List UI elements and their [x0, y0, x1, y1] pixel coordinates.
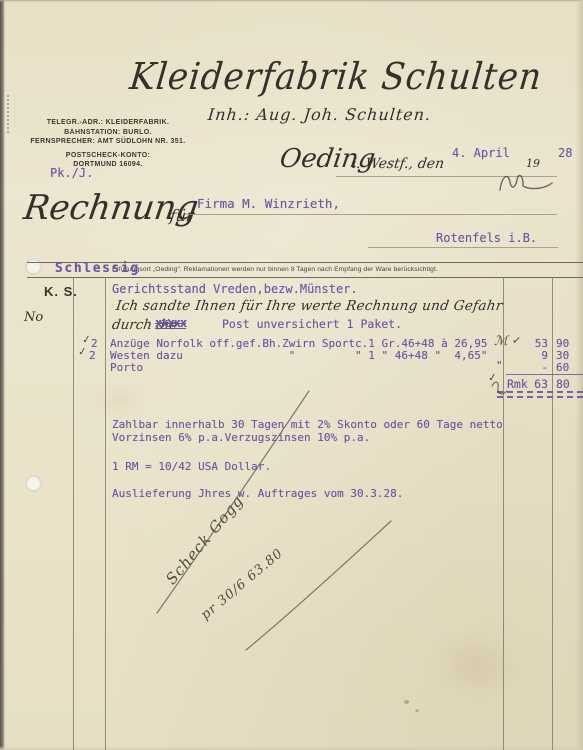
struck-word: xxxxx: [155, 316, 186, 330]
scan-edge-right: [575, 0, 583, 750]
check-icon: ✓: [487, 370, 498, 384]
date-typed: 4. April: [452, 146, 510, 160]
company-name: Kleiderfabrik Schulten: [128, 55, 544, 98]
paper-speck: [415, 709, 419, 712]
hole-punch-bottom: [25, 475, 42, 492]
total-pf: 80: [556, 377, 570, 391]
rail-station: BAHNSTATION: BURLO.: [28, 128, 188, 138]
customer-name: Firma M. Winzrieth,: [197, 196, 340, 211]
item-qty: 2: [89, 349, 96, 362]
total-mark: 63: [505, 377, 548, 391]
proprietor-line: Inh.: Aug. Joh. Schulten.: [207, 105, 432, 124]
handwritten-note-line2: pr 30/6 63.80: [198, 546, 286, 623]
telephone: FERNSPRECHER: AMT SÜDLOHN NR. 351.: [28, 137, 188, 147]
shipping-typed: Post unversichert 1 Paket.: [222, 317, 402, 331]
telegram-address: TELEGR.-ADR.: KLEIDERFABRIK.: [28, 118, 188, 128]
region-printed: i. Westf., den: [351, 156, 445, 172]
scan-edge-top: [0, 0, 583, 2]
ditto-mark: ": [496, 359, 503, 372]
invoice-fuer: für: [169, 206, 196, 225]
hole-punch-top: [25, 258, 42, 275]
invoice-document: Kleiderfabrik Schulten Inh.: Aug. Joh. S…: [0, 0, 583, 750]
city-underline: [368, 247, 558, 248]
reference-mark: Pk./J.: [50, 166, 93, 180]
typed-overlay-word: Schlessig: [55, 261, 140, 276]
printer-imprint: [7, 95, 9, 133]
total-double-rule: [497, 391, 583, 398]
table-rule-1: [73, 277, 74, 750]
item-desc: Porto: [110, 361, 143, 374]
date-underline: [336, 176, 557, 177]
item-desc: Westen dazu " " 1 " 46+48 " 4,65": [110, 349, 488, 362]
contact-block: TELEGR.-ADR.: KLEIDERFABRIK. BAHNSTATION…: [28, 118, 188, 170]
item-mark: -: [505, 361, 548, 374]
shipping-printed-line1: Ich sandte Ihnen für Ihre werte Rechnung…: [115, 298, 504, 314]
band-rule-bottom: [27, 277, 583, 278]
order-reference-line: Auslieferung Jhres w. Auftrages vom 30.3…: [112, 487, 403, 500]
scan-edge-bottom: [0, 746, 583, 750]
no-label: No: [24, 310, 43, 325]
payment-term-line: Vorzinsen 6% p.a.Verzugszinsen 10% p.a.: [112, 431, 370, 444]
handwritten-note-line1: Scheck Gogg: [162, 492, 247, 588]
customer-underline: [186, 214, 557, 215]
scan-edge-left: [0, 0, 5, 750]
year-typed: 28: [558, 146, 572, 160]
item-pf: 60: [556, 361, 569, 374]
year-prefix-printed: 19: [526, 157, 540, 170]
paper-stain: [90, 380, 150, 420]
paper-stain: [430, 630, 520, 700]
postal-account-label: POSTSCHECK-KONTO:: [28, 151, 188, 161]
table-rule-4: [552, 277, 553, 750]
total-underline: [506, 374, 583, 375]
exchange-rate-line: 1 RM = 10/42 USA Dollar.: [112, 460, 271, 473]
ks-label: K. S.: [44, 284, 78, 299]
check-icon: ✓: [77, 344, 88, 358]
jurisdiction-line: Gerichtsstand Vreden,bezw.Münster.: [112, 282, 358, 296]
conditions-fineprint: Erfüllungsort „Oeding“. Reklamationen we…: [112, 266, 438, 273]
table-rule-2: [105, 277, 106, 750]
paper-speck: [404, 700, 409, 704]
customer-city: Rotenfels i.B.: [436, 231, 537, 245]
payment-term-line: Zahlbar innerhalb 30 Tagen mit 2% Skonto…: [112, 418, 503, 431]
